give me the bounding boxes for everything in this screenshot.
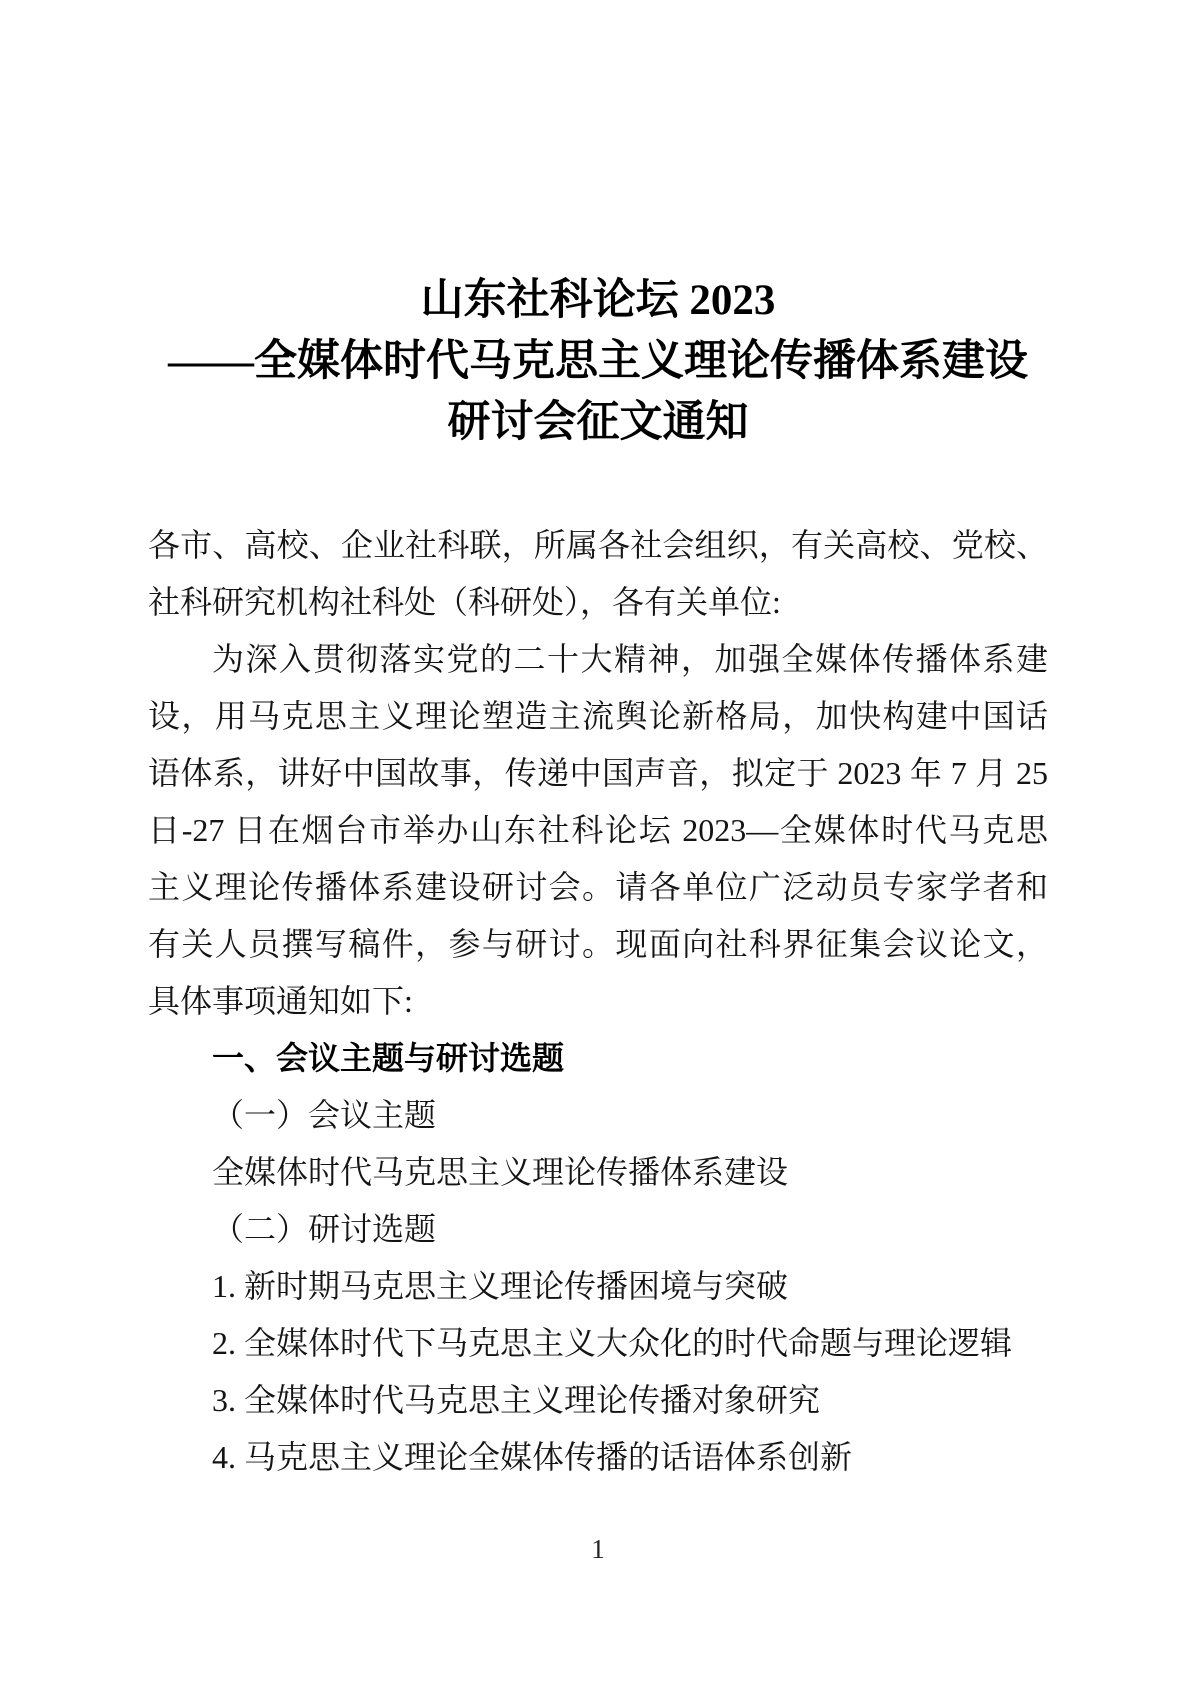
subsection-content: 全媒体时代马克思主义理论传播体系建设	[148, 1144, 1048, 1201]
subsection-label: （一）会议主题	[148, 1087, 1048, 1144]
doc-title-line-1: 山东社科论坛 2023	[148, 270, 1048, 331]
intro-line: 有关人员撰写稿件，参与研讨。现面向社科界征集会议论文，	[148, 916, 1048, 973]
section-heading: 一、会议主题与研讨选题	[148, 1030, 1048, 1087]
doc-title-line-3: 研讨会征文通知	[148, 392, 1048, 453]
document-body: 各市、高校、企业社科联，所属各社会组织，有关高校、党校、 社科研究机构社科处（科…	[148, 517, 1048, 1486]
document-title: 山东社科论坛 2023 ——全媒体时代马克思主义理论传播体系建设 研讨会征文通知	[148, 270, 1048, 453]
intro-line: 设，用马克思主义理论塑造主流舆论新格局，加快构建中国话	[148, 688, 1048, 745]
doc-title-line-2: ——全媒体时代马克思主义理论传播体系建设	[148, 331, 1048, 392]
intro-line: 语体系，讲好中国故事，传递中国声音，拟定于 2023 年 7 月 25	[148, 745, 1048, 802]
intro-line: 日-27 日在烟台市举办山东社科论坛 2023—全媒体时代马克思	[148, 802, 1048, 859]
intro-line: 具体事项通知如下:	[148, 973, 1048, 1030]
salutation-line: 各市、高校、企业社科联，所属各社会组织，有关高校、党校、	[148, 517, 1048, 574]
topic-line: 1. 新时期马克思主义理论传播困境与突破	[148, 1258, 1048, 1315]
intro-line: 主义理论传播体系建设研讨会。请各单位广泛动员专家学者和	[148, 859, 1048, 916]
page-number: 1	[148, 1533, 1048, 1565]
intro-line: 为深入贯彻落实党的二十大精神，加强全媒体传播体系建	[148, 631, 1048, 688]
topic-line: 3. 全媒体时代马克思主义理论传播对象研究	[148, 1372, 1048, 1429]
topic-line: 2. 全媒体时代下马克思主义大众化的时代命题与理论逻辑	[148, 1315, 1048, 1372]
subsection-label: （二）研讨选题	[148, 1201, 1048, 1258]
salutation-line: 社科研究机构社科处（科研处），各有关单位:	[148, 574, 1048, 631]
topic-line: 4. 马克思主义理论全媒体传播的话语体系创新	[148, 1429, 1048, 1486]
document-page: 山东社科论坛 2023 ——全媒体时代马克思主义理论传播体系建设 研讨会征文通知…	[0, 0, 1190, 1683]
